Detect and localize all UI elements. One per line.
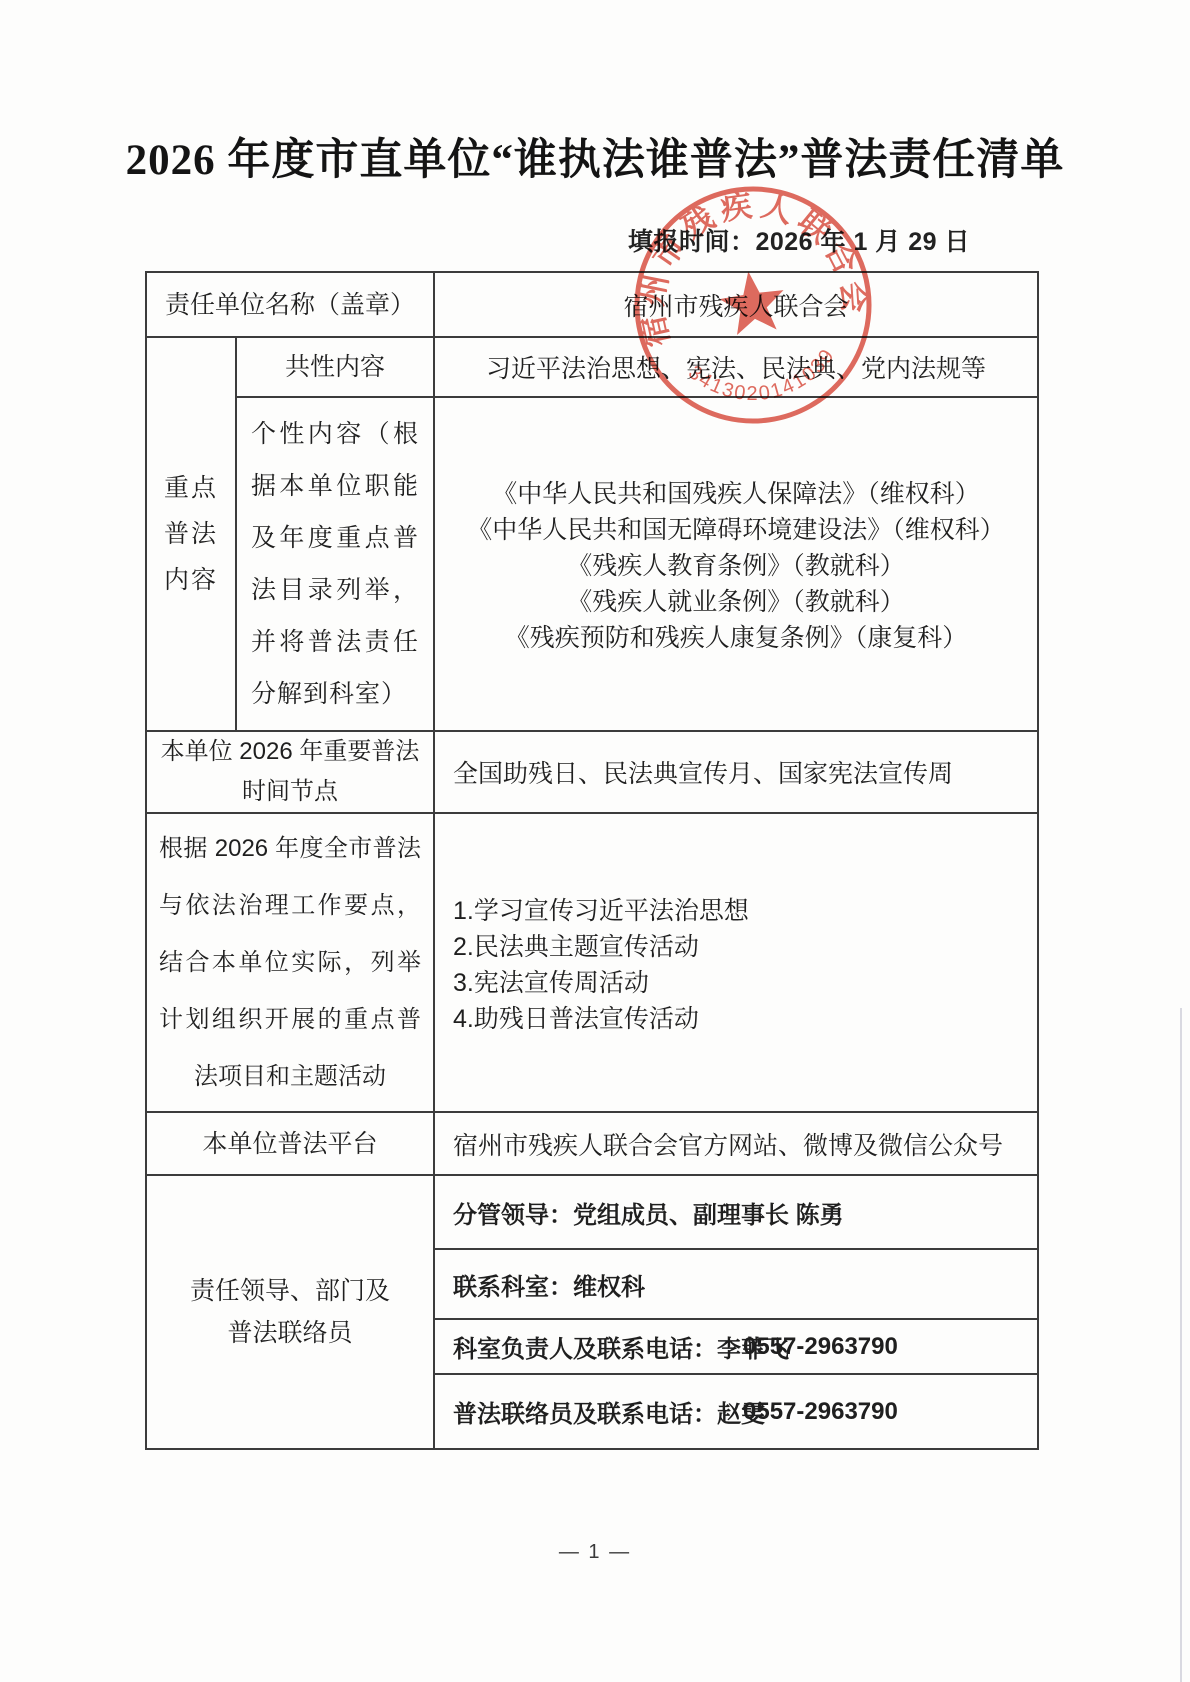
nodes-value-cell: 全国助残日、民法典宣传月、国家宪法宣传周 xyxy=(434,731,1038,813)
nodes-label: 本单位 2026 年重要普法时间节点 xyxy=(156,732,424,812)
project-item: 2.民法典主题宣传活动 xyxy=(453,927,699,963)
project-item: 3.宪法宣传周活动 xyxy=(453,963,649,999)
individual-label-cell: 个性内容（根据本单位职能及年度重点普法目录列举，并将普法责任分解到科室） xyxy=(236,397,434,731)
law-item: 《中华人民共和国残疾人保障法》（维权科） xyxy=(492,474,980,510)
leader-row-liaison: 普法联络员及联系电话：赵雯 0557-2963790 xyxy=(435,1373,1037,1448)
law-item: 《残疾人教育条例》（教就科） xyxy=(567,546,905,582)
nodes-label-cell: 本单位 2026 年重要普法时间节点 xyxy=(146,731,434,813)
supervisor-text: 分管领导：党组成员、副理事长 陈勇 xyxy=(453,1195,844,1230)
platform-value-cell: 宿州市残疾人联合会官方网站、微博及微信公众号 xyxy=(434,1112,1038,1175)
projects-value-cell: 1.学习宣传习近平法治思想 2.民法典主题宣传活动 3.宪法宣传周活动 4.助残… xyxy=(434,813,1038,1112)
projects-label: 根据 2026 年度全市普法与依法治理工作要点，结合本单位实际，列举计划组织开展… xyxy=(147,814,433,1111)
page-title: 2026 年度市直单位“谁执法谁普法”普法责任清单 xyxy=(0,126,1190,187)
leader-row-supervisor: 分管领导：党组成员、副理事长 陈勇 xyxy=(435,1176,1037,1248)
table-row: 根据 2026 年度全市普法与依法治理工作要点，结合本单位实际，列举计划组织开展… xyxy=(146,813,1038,1112)
unit-name-label-cell: 责任单位名称（盖章） xyxy=(146,272,434,337)
project-item: 1.学习宣传习近平法治思想 xyxy=(453,891,749,927)
liaison-text: 普法联络员及联系电话：赵雯 xyxy=(453,1394,765,1429)
table-row: 本单位 2026 年重要普法时间节点 全国助残日、民法典宣传月、国家宪法宣传周 xyxy=(146,731,1038,813)
responsibility-table: 责任单位名称（盖章） 宿州市残疾人联合会 重点普法内容 共性内容 习近平法治思想… xyxy=(145,271,1039,1450)
head-text: 科室负责人及联系电话：李菲飞 xyxy=(453,1329,789,1364)
common-content-value: 习近平法治思想、宪法、民法典、党内法规等 xyxy=(486,355,986,383)
law-item: 《残疾人就业条例》（教就科） xyxy=(567,582,905,618)
leader-row-department: 联系科室：维权科 xyxy=(435,1248,1037,1318)
table-row: 本单位普法平台 宿州市残疾人联合会官方网站、微博及微信公众号 xyxy=(146,1112,1038,1175)
table-row: 责任领导、部门及普法联络员 分管领导：党组成员、副理事长 陈勇 联系科室：维权科… xyxy=(146,1175,1038,1449)
table-row: 个性内容（根据本单位职能及年度重点普法目录列举，并将普法责任分解到科室） 《中华… xyxy=(146,397,1038,731)
law-item: 《残疾预防和残疾人康复条例》（康复科） xyxy=(505,618,968,654)
common-value-cell: 习近平法治思想、宪法、民法典、党内法规等 xyxy=(434,337,1038,397)
leader-row-head: 科室负责人及联系电话：李菲飞 0557-2963790 xyxy=(435,1318,1037,1373)
platform-label: 本单位普法平台 xyxy=(203,1130,378,1158)
individual-content-label: 个性内容（根据本单位职能及年度重点普法目录列举，并将普法责任分解到科室） xyxy=(237,398,433,730)
table-row: 责任单位名称（盖章） 宿州市残疾人联合会 xyxy=(146,272,1038,337)
report-time-label: 填报时间：2026 年 1 月 29 日 xyxy=(628,222,970,258)
head-phone: 0557-2963790 xyxy=(743,1333,898,1361)
common-label-cell: 共性内容 xyxy=(236,337,434,397)
law-item: 《中华人民共和国无障碍环境建设法》（维权科） xyxy=(467,510,1005,546)
document-page: 2026 年度市直单位“谁执法谁普法”普法责任清单 填报时间：2026 年 1 … xyxy=(0,0,1190,1682)
liaison-phone: 0557-2963790 xyxy=(743,1398,898,1426)
platform-value: 宿州市残疾人联合会官方网站、微博及微信公众号 xyxy=(435,1126,1037,1162)
key-content-label-cell: 重点普法内容 xyxy=(146,337,236,731)
individual-value-cell: 《中华人民共和国残疾人保障法》（维权科） 《中华人民共和国无障碍环境建设法》（维… xyxy=(434,397,1038,731)
project-item: 4.助残日普法宣传活动 xyxy=(453,999,699,1035)
projects-label-cell: 根据 2026 年度全市普法与依法治理工作要点，结合本单位实际，列举计划组织开展… xyxy=(146,813,434,1112)
leaders-label-cell: 责任领导、部门及普法联络员 xyxy=(146,1175,434,1449)
scan-artifact-line xyxy=(1180,1008,1182,1682)
platform-label-cell: 本单位普法平台 xyxy=(146,1112,434,1175)
leaders-label: 责任领导、部门及普法联络员 xyxy=(190,1270,390,1354)
page-number: — 1 — xyxy=(0,1541,1190,1564)
table-row: 重点普法内容 共性内容 习近平法治思想、宪法、民法典、党内法规等 xyxy=(146,337,1038,397)
department-text: 联系科室：维权科 xyxy=(453,1267,645,1302)
leaders-value-cell: 分管领导：党组成员、副理事长 陈勇 联系科室：维权科 科室负责人及联系电话：李菲… xyxy=(434,1175,1038,1449)
unit-name-label: 责任单位名称（盖章） xyxy=(165,291,415,319)
unit-name-value-cell: 宿州市残疾人联合会 xyxy=(434,272,1038,337)
nodes-value: 全国助残日、民法典宣传月、国家宪法宣传周 xyxy=(435,754,1037,790)
unit-name-value: 宿州市残疾人联合会 xyxy=(624,293,849,321)
key-content-label: 重点普法内容 xyxy=(161,465,221,603)
common-content-label: 共性内容 xyxy=(285,353,385,381)
